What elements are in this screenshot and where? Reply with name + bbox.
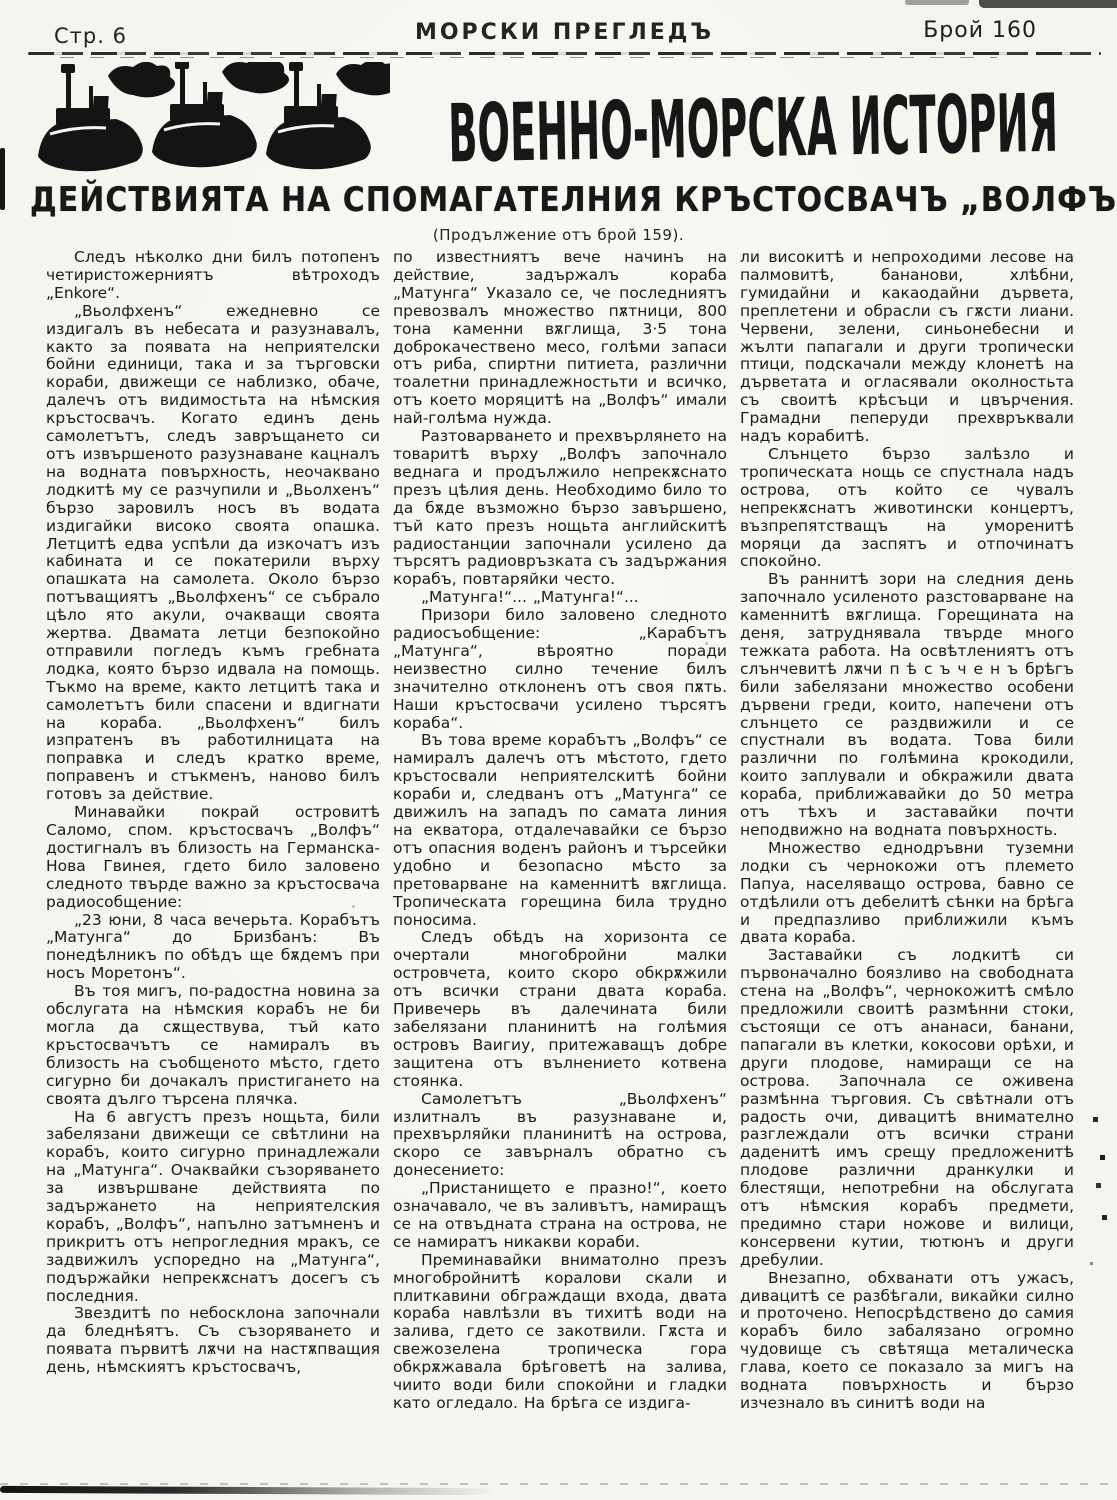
paragraph: Въ тоя мигъ, по-радостна новина за обслу… <box>46 983 380 1108</box>
article-column-2: по известниятъ вече начинъ на действие, … <box>393 249 727 1467</box>
paragraph: „Пристанището е празно!“, което означава… <box>393 1180 727 1252</box>
paragraph: „Вьолфхенъ“ ежедневно се издигалъ въ неб… <box>46 303 380 804</box>
article-title: ДЕЙСТВИЯТА НА СПОМАГАТЕЛНИЯ КРЪСТОСВАЧЪ … <box>30 181 1087 220</box>
article-column-3: ли високитѣ и непроходими лесове на палм… <box>740 249 1074 1467</box>
article-subtitle: (Продължение отъ брой 159). <box>0 226 1117 244</box>
paragraph: Преминавайки вниматолно презъ многобройн… <box>393 1252 727 1413</box>
journal-title: МОРСКИ ПРЕГЛЕДЪ <box>415 20 714 45</box>
article-column-1: Следъ нѣколко дни билъ потопенъ четирист… <box>46 249 380 1467</box>
paragraph: Минавайки покрай островитѣ Саломо, спом.… <box>46 804 380 911</box>
scan-smudge-top-right <box>979 0 1117 8</box>
issue-number-label: Брой 160 <box>923 18 1037 43</box>
scan-smudge-top-right-2 <box>905 0 969 5</box>
article-body: Следъ нѣколко дни билъ потопенъ четирист… <box>46 249 1074 1467</box>
scan-smudge-bottom-left <box>0 1486 495 1495</box>
section-masthead: ВОЕННО-МОРСКА ИСТОРИЯ <box>446 60 1062 176</box>
paragraph: Въ раннитѣ зори на следния день започнал… <box>740 571 1074 840</box>
paragraph: Заставайки съ лодкитѣ си първоначално бо… <box>740 947 1074 1269</box>
paragraph: Слънцето бързо залѣзло и тропическата но… <box>740 446 1074 571</box>
paragraph: по известниятъ вече начинъ на действие, … <box>393 249 727 428</box>
paragraph: Звездитѣ по небосклона започнали да блед… <box>46 1305 380 1377</box>
header-rule <box>28 52 1101 55</box>
paragraph: Множество еднодръвни туземни лодки съ че… <box>740 840 1074 947</box>
section-title: ВОЕННО-МОРСКА ИСТОРИЯ <box>447 78 1058 176</box>
paragraph: ли високитѣ и непроходими лесове на палм… <box>740 249 1074 446</box>
header-rule-secondary <box>60 57 997 58</box>
paragraph: Следъ обѣдъ на хоризонта се очертали мно… <box>393 929 727 1090</box>
page-header: Стр. 6 МОРСКИ ПРЕГЛЕДЪ Брой 160 <box>46 18 1083 48</box>
paragraph: Въ това време корабътъ „Волфъ“ се намира… <box>393 732 727 929</box>
paragraph: Внезапно, обхванати отъ ужасъ, дивацитѣ … <box>740 1270 1074 1413</box>
paragraph: Разтоварването и прехвърлянето на товари… <box>393 428 727 589</box>
newspaper-page: Стр. 6 МОРСКИ ПРЕГЛЕДЪ Брой 160 ВОЕ <box>0 0 1117 1500</box>
paragraph: Призори било заловено следното радиосъоб… <box>393 607 727 732</box>
page-number-label: Стр. 6 <box>54 24 127 48</box>
scan-ink-specks <box>0 0 3 3</box>
scan-mark-left-edge <box>0 148 5 210</box>
scan-bottom-rule <box>0 1483 1117 1485</box>
warships-silhouette-icon <box>36 62 390 174</box>
paragraph: „Матунга!“... „Матунга!“... <box>393 589 727 607</box>
paragraph: Следъ нѣколко дни билъ потопенъ четирист… <box>46 249 380 303</box>
paragraph: „23 юни, 8 часа вечерьта. Корабътъ „Мату… <box>46 912 380 984</box>
paragraph: Самолетътъ „Вьолфхенъ“ излитналъ въ разу… <box>393 1091 727 1181</box>
paragraph: На 6 августъ презъ нощьта, били забеляза… <box>46 1109 380 1306</box>
